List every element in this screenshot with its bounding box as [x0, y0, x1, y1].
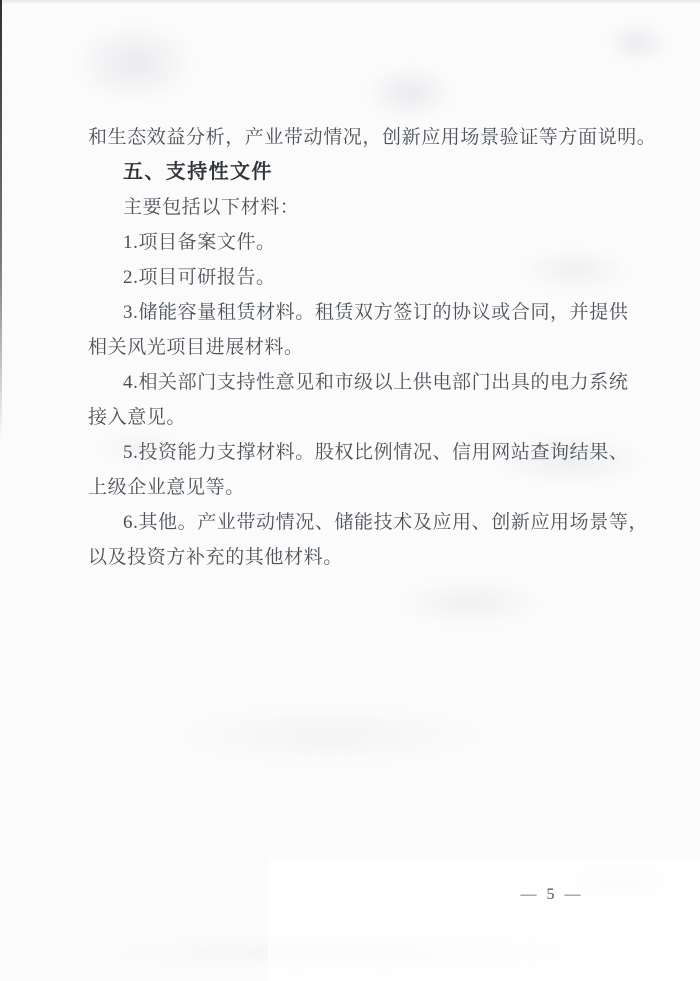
paragraph-continuation-line: 和生态效益分析，产业带动情况，创新应用场景验证等方面说明。 [88, 120, 620, 155]
scan-ghost-artifact [30, 935, 650, 970]
scan-overlay-sheet-artifact [268, 858, 700, 981]
section-heading: 五、支持性文件 [88, 155, 620, 190]
scan-ghost-artifact [120, 695, 540, 775]
scan-ghost-artifact [55, 8, 215, 118]
list-item-2-line-1: 2.项目可研报告。 [88, 260, 620, 295]
section-intro-line: 主要包括以下材料： [88, 190, 620, 225]
scan-ghost-artifact [350, 55, 470, 130]
scan-edge-left-artifact [0, 0, 2, 440]
list-item-4-line-2: 接入意见。 [88, 400, 620, 435]
list-item-5-line-2: 上级企业意见等。 [88, 470, 620, 505]
list-item-3-line-2: 相关风光项目进展材料。 [88, 330, 620, 365]
list-item-6-line-2: 以及投资方补充的其他材料。 [88, 540, 620, 575]
list-item-1-line-1: 1.项目备案文件。 [88, 225, 620, 260]
list-item-3-line-1: 3.储能容量租赁材料。租赁双方签订的协议或合同，并提供 [88, 295, 620, 330]
page-number: — 5 — [496, 883, 608, 907]
list-item-4-line-1: 4.相关部门支持性意见和市级以上供电部门出具的电力系统 [88, 365, 620, 400]
list-item-5-line-1: 5.投资能力支撑材料。股权比例情况、信用网站查询结果、 [88, 435, 620, 470]
scan-ghost-artifact [595, 15, 680, 70]
scanned-document-page: 和生态效益分析，产业带动情况，创新应用场景验证等方面说明。 五、支持性文件 主要… [0, 0, 700, 981]
scan-edge-top-artifact [0, 0, 700, 4]
scan-ghost-artifact [375, 570, 565, 635]
document-body: 和生态效益分析，产业带动情况，创新应用场景验证等方面说明。 五、支持性文件 主要… [88, 120, 620, 575]
list-item-6-line-1: 6.其他。产业带动情况、储能技术及应用、创新应用场景等， [88, 505, 620, 540]
